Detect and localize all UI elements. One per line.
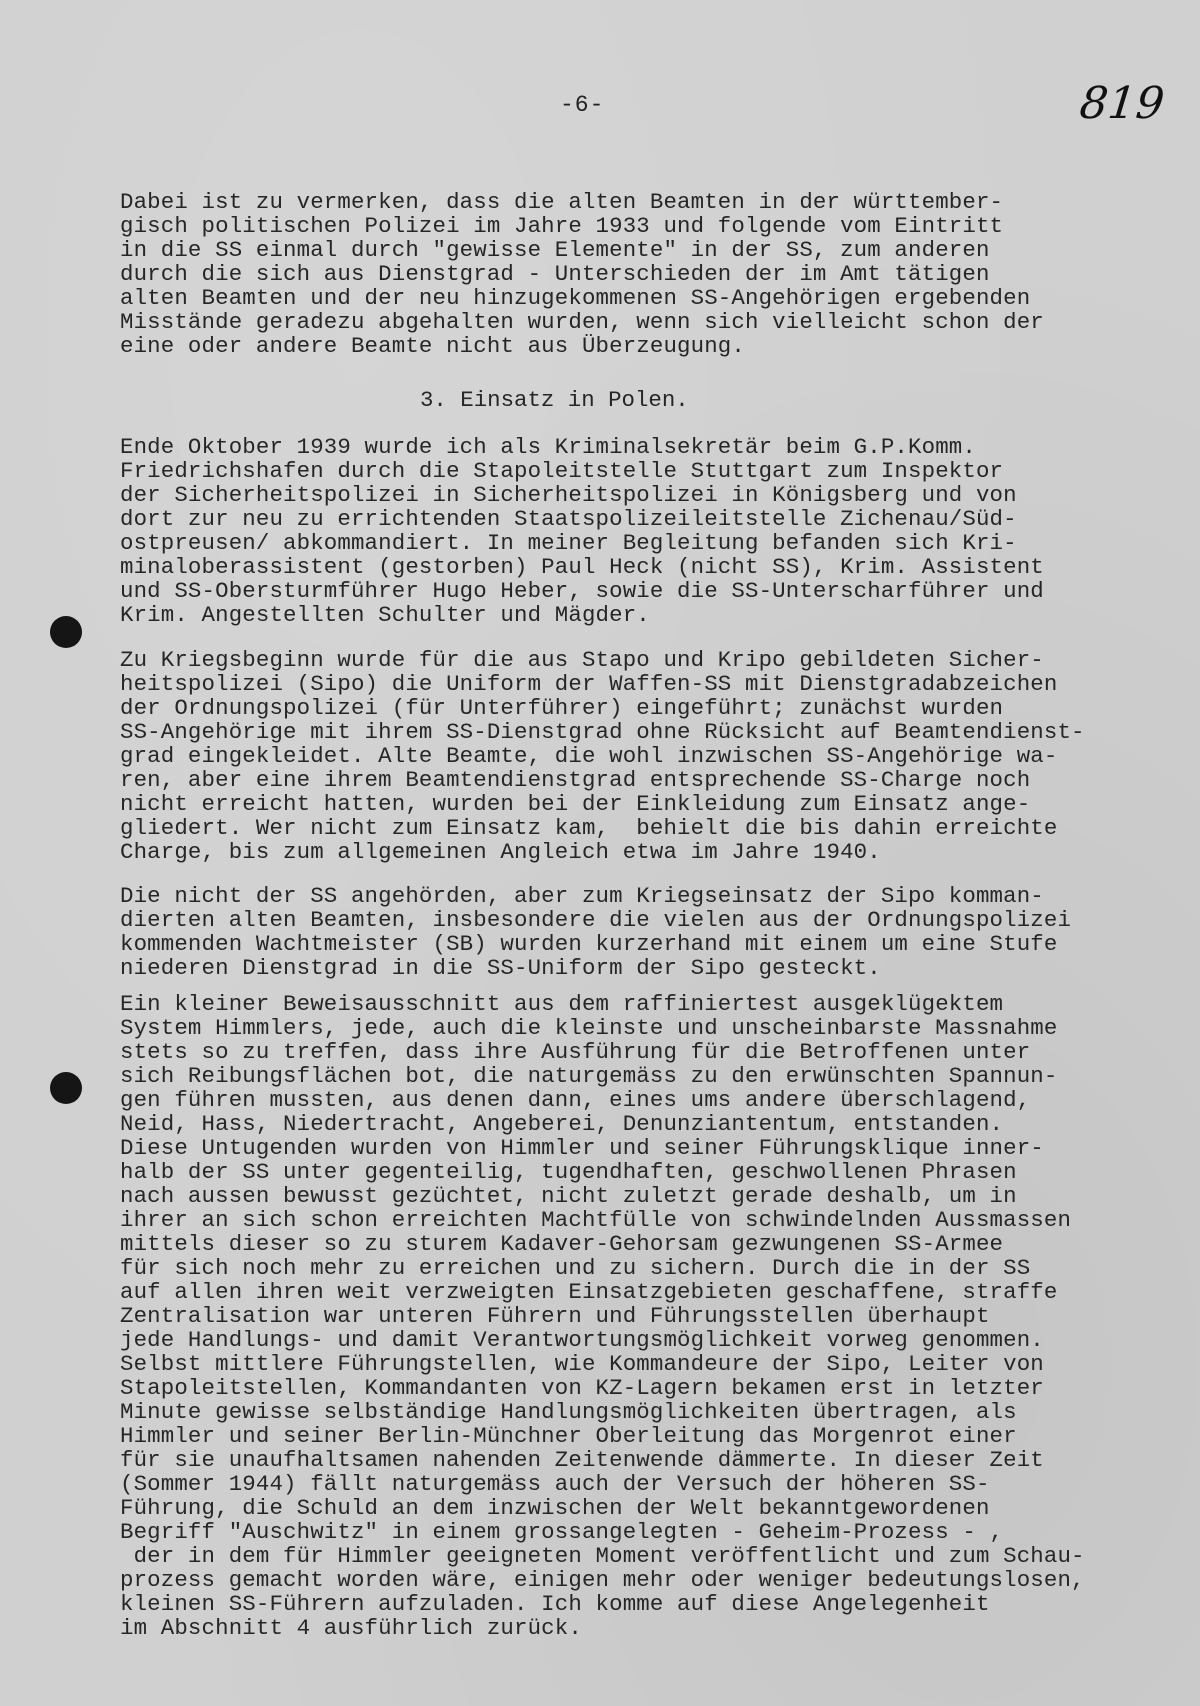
text-line: Krim. Angestellten Schulter und Mägder. [120, 603, 650, 627]
text-line: Stapoleitstellen, Kommandanten von KZ-La… [120, 1376, 1044, 1400]
text-line: Misstände geradezu abgehalten wurden, we… [120, 310, 1044, 334]
text-line: jede Handlungs- und damit Verantwortungs… [120, 1328, 1044, 1352]
punch-hole-bottom [50, 1072, 82, 1104]
text-line: sich Reibungsflächen bot, die naturgemäs… [120, 1064, 1057, 1088]
text-line: ren, aber eine ihrem Beamtendienstgrad e… [120, 768, 1030, 792]
text-line: Zentralisation war unteren Führern und F… [120, 1304, 990, 1328]
text-line: System Himmlers, jede, auch die kleinste… [120, 1016, 1057, 1040]
text-line: in die SS einmal durch "gewisse Elemente… [120, 238, 990, 262]
text-line: Neid, Hass, Niedertracht, Angeberei, Den… [120, 1112, 1003, 1136]
text-line: Dabei ist zu vermerken, dass die alten B… [120, 190, 1003, 214]
text-line: gliedert. Wer nicht zum Einsatz kam, beh… [120, 816, 1057, 840]
text-line: Führung, die Schuld an dem inzwischen de… [120, 1496, 990, 1520]
text-line: Diese Untugenden wurden von Himmler und … [120, 1136, 1044, 1160]
document-page: -6- 819 Dabei ist zu vermerken, dass die… [0, 0, 1200, 1706]
text-line: auf allen ihren weit verzweigten Einsatz… [120, 1280, 1057, 1304]
page-number: -6- [560, 92, 604, 118]
text-line: Begriff "Auschwitz" in einem grossangele… [120, 1520, 1003, 1544]
text-line: dort zur neu zu errichtenden Staatspoliz… [120, 507, 1017, 531]
text-line: alten Beamten und der neu hinzugekommene… [120, 286, 1030, 310]
text-line: gen führen mussten, aus denen dann, eine… [120, 1088, 1030, 1112]
text-line: stets so zu treffen, dass ihre Ausführun… [120, 1040, 1030, 1064]
text-line: Minute gewisse selbständige Handlungsmög… [120, 1400, 1017, 1424]
text-line: (Sommer 1944) fällt naturgemäss auch der… [120, 1472, 990, 1496]
text-line: nicht erreicht hatten, wurden bei der Ei… [120, 792, 1030, 816]
text-line: gisch politischen Polizei im Jahre 1933 … [120, 214, 1003, 238]
text-line: für sich noch mehr zu erreichen und zu s… [120, 1256, 1030, 1280]
text-line: der in dem für Himmler geeigneten Moment… [120, 1544, 1085, 1568]
text-line: grad eingekleidet. Alte Beamte, die wohl… [120, 744, 1057, 768]
text-line: für sie unaufhaltsamen nahenden Zeitenwe… [120, 1448, 1044, 1472]
text-line: Charge, bis zum allgemeinen Angleich etw… [120, 840, 881, 864]
text-line: halb der SS unter gegenteilig, tugendhaf… [120, 1160, 1017, 1184]
text-line: Friedrichshafen durch die Stapoleitstell… [120, 459, 1003, 483]
text-line: dierten alten Beamten, insbesondere die … [120, 908, 1071, 932]
text-line: SS-Angehörige mit ihrem SS-Dienstgrad oh… [120, 720, 1085, 744]
text-line: kleinen SS-Führern aufzuladen. Ich komme… [120, 1592, 990, 1616]
text-line: nach aussen bewusst gezüchtet, nicht zul… [120, 1184, 1017, 1208]
text-line: im Abschnitt 4 ausführlich zurück. [120, 1616, 582, 1640]
text-line: Die nicht der SS angehörden, aber zum Kr… [120, 884, 1044, 908]
text-line: heitspolizei (Sipo) die Uniform der Waff… [120, 672, 1057, 696]
text-line: niederen Dienstgrad in die SS-Uniform de… [120, 956, 881, 980]
text-line: durch die sich aus Dienstgrad - Untersch… [120, 262, 990, 286]
text-line: Ende Oktober 1939 wurde ich als Kriminal… [120, 435, 976, 459]
text-line: kommenden Wachtmeister (SB) wurden kurze… [120, 932, 1057, 956]
handwritten-folio-number: 819 [1077, 78, 1166, 129]
text-line: Selbst mittlere Führungstellen, wie Komm… [120, 1352, 1044, 1376]
text-line: Himmler und seiner Berlin-Münchner Oberl… [120, 1424, 1017, 1448]
text-line: mittels dieser so zu sturem Kadaver-Geho… [120, 1232, 1003, 1256]
punch-hole-top [50, 616, 82, 648]
text-line: ihrer an sich schon erreichten Machtfüll… [120, 1208, 1071, 1232]
text-line: der Sicherheitspolizei in Sicherheitspol… [120, 483, 1017, 507]
text-line: prozess gemacht worden wäre, einigen meh… [120, 1568, 1085, 1592]
text-line: der Ordnungspolizei (für Unterführer) ei… [120, 696, 1003, 720]
text-line: eine oder andere Beamte nicht aus Überze… [120, 334, 745, 358]
text-line: Zu Kriegsbeginn wurde für die aus Stapo … [120, 648, 1044, 672]
section-heading: 3. Einsatz in Polen. [420, 388, 689, 412]
text-line: ostpreusen/ abkommandiert. In meiner Beg… [120, 531, 1017, 555]
text-line: minaloberassistent (gestorben) Paul Heck… [120, 555, 1044, 579]
text-line: Ein kleiner Beweisausschnitt aus dem raf… [120, 992, 1003, 1016]
text-line: und SS-Obersturmführer Hugo Heber, sowie… [120, 579, 1044, 603]
